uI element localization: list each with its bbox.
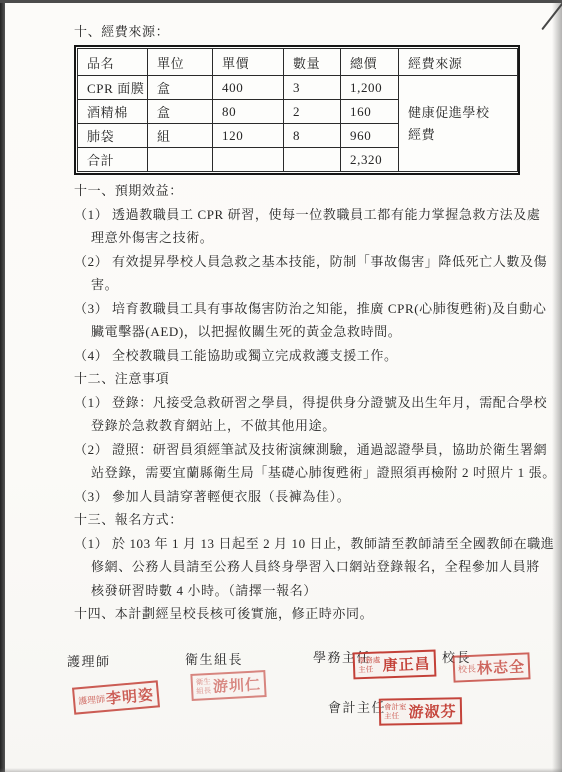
item-text-continued: 臟電擊器(AED)，以把握攸關生死的黃金急救時間。 (74, 320, 520, 344)
col-header-quantity: 數量 (284, 49, 341, 76)
item-text-continued: 站登錄，需要宜蘭縣衛生局「基礎心肺復甦術」證照須再檢附 2 吋照片 1 張。 (74, 461, 520, 485)
list-item-line: （3）參加人員請穿著輕便衣服（長褲為佳）。 (74, 485, 520, 509)
item-text: 透過教職員工 CPR 研習，使每一位教職員工都有能力掌握急救方法及處 (112, 207, 540, 222)
table-cell: 80 (213, 100, 284, 124)
list-item-line: （4）全校教職員工能協助或獨立完成救護支援工作。 (74, 344, 520, 368)
stamp-title-line: 組長 (196, 686, 211, 695)
funding-table: 品名 單位 單價 數量 總價 經費來源 CPR 面膜 盒 400 3 1,200 (74, 45, 520, 175)
section-10-title: 十、經費來源： (74, 22, 520, 42)
item-number: （2） (74, 250, 112, 274)
item-text-continued: 理意外傷害之技術。 (74, 226, 520, 250)
stamp-title-text: 衛生 組長 (196, 678, 212, 696)
body-text: 十一、預期效益： （1）透過教職員工 CPR 研習，使每一位教職員工都有能力掌握… (74, 179, 520, 626)
stamp-name-text: 游淑芬 (408, 700, 456, 722)
stamp-nurse: 護理師 李明姿 (72, 680, 160, 714)
item-text: 於 103 年 1 月 13 日起至 2 月 10 日止，教師請至教師請至全國教… (112, 536, 554, 551)
table-row: CPR 面膜 盒 400 3 1,200 健康促進學校 經費 (78, 76, 518, 100)
section-12-title: 十二、注意事項 (74, 367, 520, 391)
stamp-title-text: 會計室 主任 (384, 703, 407, 720)
table-cell: 3 (284, 76, 341, 100)
scan-edge-left (0, 0, 5, 772)
col-header-item: 品名 (78, 49, 148, 76)
item-text: 全校教職員工能協助或獨立完成救護支援工作。 (112, 348, 398, 363)
table-cell: 組 (148, 124, 213, 148)
table-cell: 盒 (148, 100, 213, 124)
scan-edge-right (552, 0, 562, 772)
item-text-continued: 登錄於急救教育網站上，不做其他用途。 (74, 414, 520, 438)
item-number: （1） (74, 391, 112, 415)
stamp-name-text: 林志全 (477, 656, 526, 679)
item-number: （2） (74, 438, 112, 462)
list-item-line: （1）登錄：凡接受急救研習之學員，得提供身分證號及出生年月，需配合學校 (74, 391, 520, 415)
stamp-title-line: 主任 (358, 665, 381, 674)
col-header-unit: 單位 (148, 49, 213, 76)
section-11-title: 十一、預期效益： (74, 179, 520, 203)
table-cell: 160 (341, 100, 399, 124)
stamp-title-text: 護理師 (78, 692, 106, 707)
table-cell: 合計 (78, 148, 148, 172)
stamp-principal: 校長 林志全 (452, 652, 530, 682)
table-cell: 960 (341, 124, 399, 148)
stamp-title-text: 學務處 主任 (358, 656, 381, 674)
table-cell (284, 148, 341, 172)
funding-table-grid: 品名 單位 單價 數量 總價 經費來源 CPR 面膜 盒 400 3 1,200 (77, 48, 518, 172)
scan-edge-bottom (0, 768, 562, 772)
list-item-line: （1）透過教職員工 CPR 研習，使每一位教職員工都有能力掌握急救方法及處 (74, 203, 520, 227)
item-number: （1） (74, 203, 112, 227)
stamp-accounting-director: 會計室 主任 游淑芬 (379, 697, 462, 725)
table-header-row: 品名 單位 單價 數量 總價 經費來源 (78, 49, 518, 76)
signature-label-nurse: 護理師 (67, 651, 111, 670)
item-number: （3） (74, 485, 112, 509)
list-item-line: （3）培育教職員工具有事故傷害防治之知能，推廣 CPR(心肺復甦術)及自動心 (74, 297, 520, 321)
list-item-line: （2）有效提昇學校人員急救之基本技能，防制「事故傷害」降低死亡人數及傷 (74, 250, 520, 274)
list-item-line: （2）證照：研習員須經筆試及技術演練測驗，通過認證學員，協助於衛生署網 (74, 438, 520, 462)
item-text-continued: 核發研習時數 4 小時。（請擇一報名） (74, 579, 520, 603)
item-number: （3） (74, 297, 112, 321)
stamp-name-text: 唐正昌 (382, 653, 431, 676)
signature-label-accounting-director: 會計主任 (328, 697, 386, 716)
stamp-academic-director: 學務處 主任 唐正昌 (353, 650, 436, 680)
item-number: （4） (74, 344, 112, 368)
section-13-title: 十三、報名方式： (74, 508, 520, 532)
table-cell: 盒 (148, 76, 213, 100)
table-cell: 8 (284, 124, 341, 148)
table-cell: 肺袋 (78, 124, 148, 148)
list-item-line: （1）於 103 年 1 月 13 日起至 2 月 10 日止，教師請至教師請至… (74, 532, 520, 556)
item-text-continued: 害。 (74, 273, 520, 297)
table-cell: 2,320 (341, 148, 399, 172)
item-text: 證照：研習員須經筆試及技術演練測驗，通過認證學員，協助於衛生署網 (112, 442, 547, 457)
table-cell: 120 (213, 124, 284, 148)
stamp-title-text: 校長 (458, 662, 477, 676)
stamp-health-chief: 衛生 組長 游圳仁 (190, 670, 266, 701)
item-text: 有效提昇學校人員急救之基本技能，防制「事故傷害」降低死亡人數及傷 (112, 254, 547, 269)
item-text: 參加人員請穿著輕便衣服（長褲為佳）。 (112, 489, 350, 504)
funding-source-cell: 健康促進學校 經費 (399, 76, 518, 172)
stamp-name-text: 游圳仁 (212, 673, 261, 696)
table-cell: 酒精棉 (78, 100, 148, 124)
section-14-title: 十四、本計劃經呈校長核可後實施，修正時亦同。 (74, 602, 520, 626)
table-cell: CPR 面膜 (78, 76, 148, 100)
col-header-funding-source: 經費來源 (399, 49, 518, 76)
table-cell (213, 148, 284, 172)
stamp-name-text: 李明姿 (105, 684, 155, 709)
item-text: 登錄：凡接受急救研習之學員，得提供身分證號及出生年月，需配合學校 (112, 395, 547, 410)
table-cell: 2 (284, 100, 341, 124)
stamp-title-line: 主任 (384, 712, 407, 721)
item-text-continued: 修網、公務人員請至公務人員終身學習入口網站登錄報名，全程參加人員將 (74, 555, 520, 579)
item-number: （1） (74, 532, 112, 556)
table-cell (148, 148, 213, 172)
scan-edge-top (0, 0, 562, 3)
signature-label-health-chief: 衛生組長 (185, 649, 243, 668)
scanned-document-page: 十、經費來源： 品名 單位 單價 數量 總價 經費來源 (0, 0, 562, 772)
table-cell: 400 (213, 76, 284, 100)
document-content: 十、經費來源： 品名 單位 單價 數量 總價 經費來源 (74, 22, 520, 626)
item-text: 培育教職員工具有事故傷害防治之知能，推廣 CPR(心肺復甦術)及自動心 (112, 301, 546, 316)
col-header-total-price: 總價 (341, 49, 399, 76)
col-header-unit-price: 單價 (213, 49, 284, 76)
table-cell: 1,200 (341, 76, 399, 100)
